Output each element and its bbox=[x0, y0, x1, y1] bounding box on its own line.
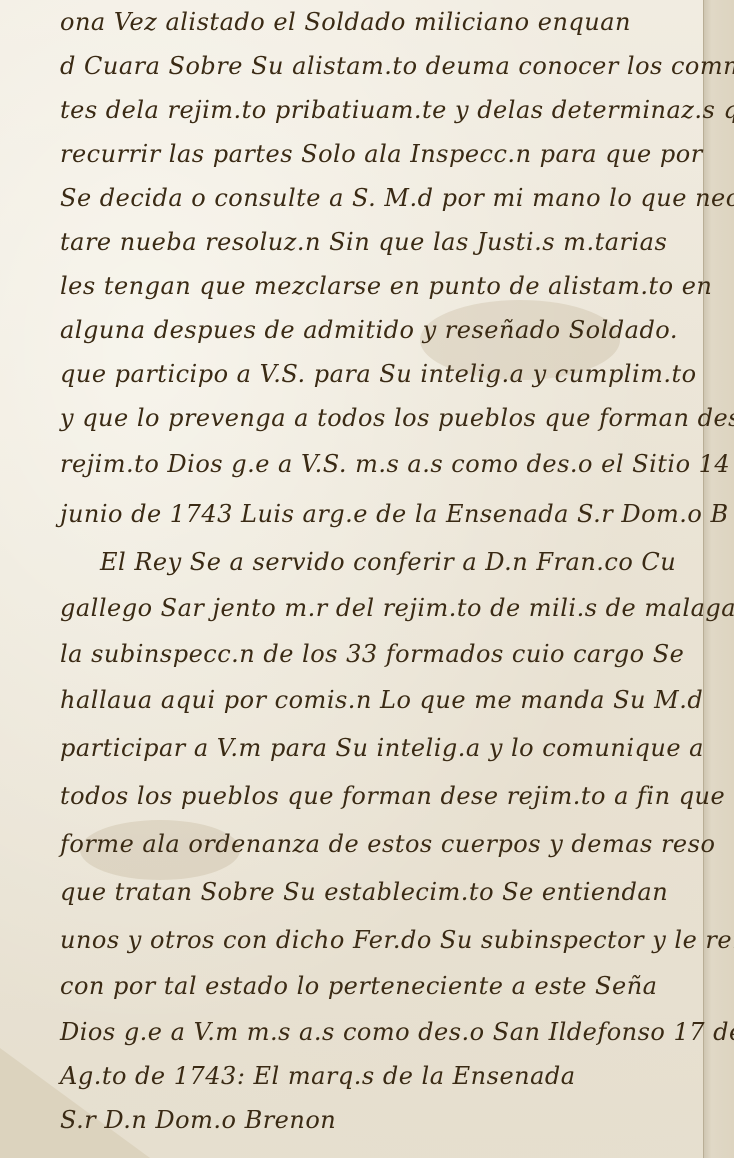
text-line-16: hallaua aqui por comis.n Lo que me manda… bbox=[60, 686, 703, 714]
text-line-9: que participo a V.S. para Su intelig.a y… bbox=[60, 360, 697, 388]
text-line-6: tare nueba resoluz.n Sin que las Justi.s… bbox=[60, 228, 667, 256]
manuscript-page: ona Vez alistado el Soldado miliciano en… bbox=[0, 0, 734, 1158]
text-line-17: participar a V.m para Su intelig.a y lo … bbox=[60, 734, 704, 762]
text-line-15: la subinspecc.n de los 33 formados cuio … bbox=[60, 640, 684, 668]
text-line-1: ona Vez alistado el Soldado miliciano en… bbox=[60, 8, 631, 36]
signature-line: S.r D.n Dom.o Brenon bbox=[60, 1106, 336, 1134]
text-line-3: tes dela rejim.to pribatiuam.te y delas … bbox=[60, 96, 734, 124]
text-line-12: junio de 1743 Luis arg.e de la Ensenada … bbox=[60, 500, 729, 528]
text-line-7: les tengan que mezclarse en punto de ali… bbox=[60, 272, 712, 300]
text-line-23: Dios g.e a V.m m.s a.s como des.o San Il… bbox=[60, 1018, 734, 1046]
text-line-24: Ag.to de 1743: El marq.s de la Ensenada bbox=[60, 1062, 576, 1090]
text-line-22: con por tal estado lo perteneciente a es… bbox=[60, 972, 657, 1000]
text-line-8: alguna despues de admitido y reseñado So… bbox=[60, 316, 678, 344]
adjacent-page-edge bbox=[703, 0, 734, 1158]
text-line-21: unos y otros con dicho Fer.do Su subinsp… bbox=[60, 926, 734, 954]
text-line-10: y que lo prevenga a todos los pueblos qu… bbox=[60, 404, 734, 432]
text-line-13: El Rey Se a servido conferir a D.n Fran.… bbox=[100, 548, 676, 576]
text-line-5: Se decida o consulte a S. M.d por mi man… bbox=[60, 184, 734, 212]
text-line-14: gallego Sar jento m.r del rejim.to de mi… bbox=[60, 594, 734, 622]
text-line-20: que tratan Sobre Su establecim.to Se ent… bbox=[60, 878, 668, 906]
text-line-19: forme ala ordenanza de estos cuerpos y d… bbox=[60, 830, 715, 858]
text-line-18: todos los pueblos que forman dese rejim.… bbox=[60, 782, 734, 810]
text-line-4: recurrir las partes Solo ala Inspecc.n p… bbox=[60, 140, 703, 168]
text-line-11: rejim.to Dios g.e a V.S. m.s a.s como de… bbox=[60, 450, 734, 478]
text-line-2: d Cuara Sobre Su alistam.to deuma conoce… bbox=[60, 52, 734, 80]
